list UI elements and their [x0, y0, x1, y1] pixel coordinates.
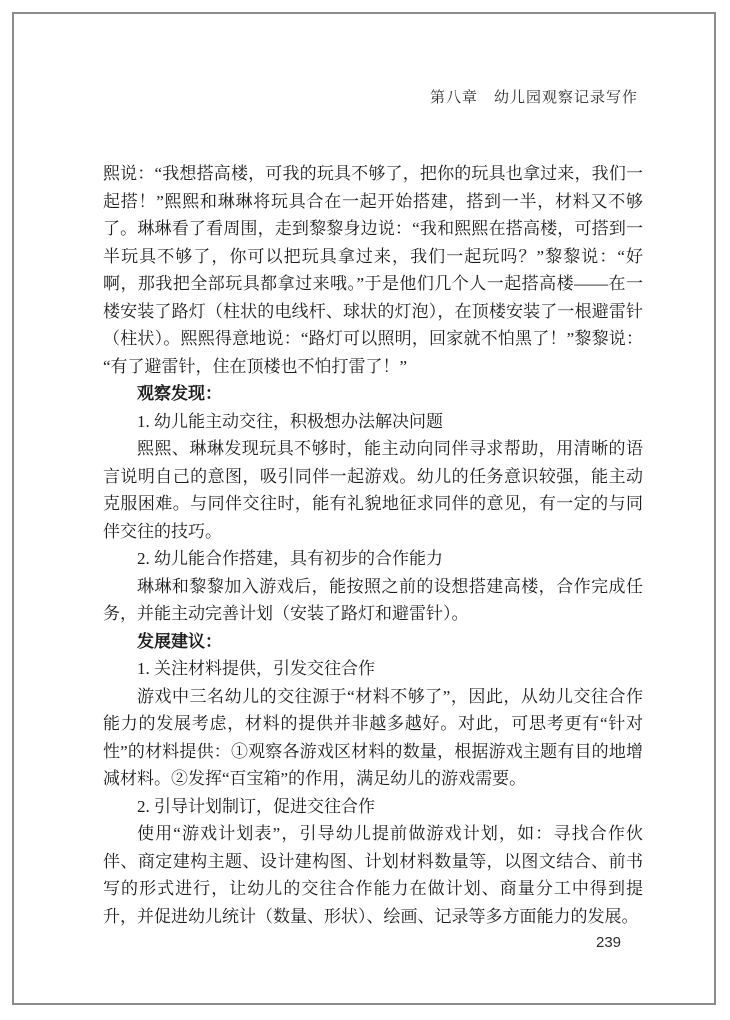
section-heading-observation-findings: 观察发现：: [103, 380, 643, 408]
list-item-suggestion-2: 2. 引导计划制订，促进交往合作: [103, 793, 643, 821]
paragraph-suggestion-1-detail: 游戏中三名幼儿的交往源于“材料不够了”，因此，从幼儿交往合作能力的发展考虑，材料…: [103, 683, 643, 793]
list-item-suggestion-1: 1. 关注材料提供，引发交往合作: [103, 655, 643, 683]
paragraph-finding-2-detail: 琳琳和黎黎加入游戏后，能按照之前的设想搭建高楼，合作完成任务，并能主动完善计划（…: [103, 573, 643, 628]
paragraph-suggestion-2-detail: 使用“游戏计划表”，引导幼儿提前做游戏计划，如：寻找合作伙伴、商定建构主题、设计…: [103, 820, 643, 930]
page-body: 熙说：“我想搭高楼，可我的玩具不够了，把你的玩具也拿过来，我们一起搭！”熙熙和琳…: [103, 160, 643, 930]
list-item-finding-1: 1. 幼儿能主动交往，积极想办法解决问题: [103, 408, 643, 436]
page-number: 239: [596, 934, 621, 951]
paragraph-finding-1-detail: 熙熙、琳琳发现玩具不够时，能主动向同伴寻求帮助，用清晰的语言说明自己的意图，吸引…: [103, 435, 643, 545]
running-header: 第八章 幼儿园观察记录写作: [430, 86, 638, 107]
list-item-finding-2: 2. 幼儿能合作搭建，具有初步的合作能力: [103, 545, 643, 573]
section-heading-development-suggestions: 发展建议：: [103, 628, 643, 656]
paragraph-story-continuation: 熙说：“我想搭高楼，可我的玩具不够了，把你的玩具也拿过来，我们一起搭！”熙熙和琳…: [103, 160, 643, 380]
